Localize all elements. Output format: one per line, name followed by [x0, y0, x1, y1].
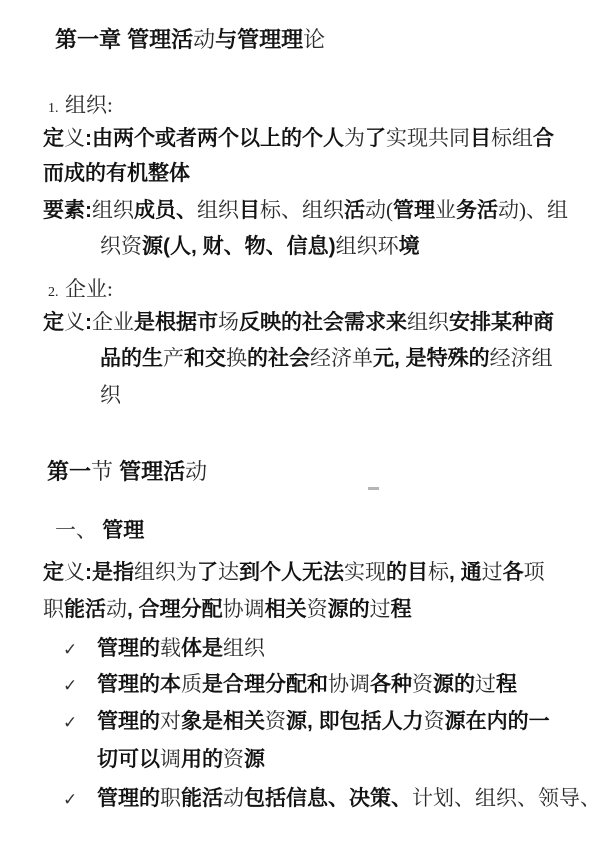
text-run: :由两个或者两个以上的个人 — [85, 127, 344, 150]
text-run: (人, 财、物、信息) — [163, 235, 336, 258]
bullet-management-functions: ✓管理的职能活动包括信息、决策、计划、组织、领导、 — [63, 785, 601, 813]
text-run: 安排某种商 — [449, 311, 554, 334]
text-run: 对 — [160, 709, 181, 733]
enterprise-definition-line-3: 织 — [100, 382, 121, 409]
text-run: 程 — [391, 598, 412, 621]
text-run: 源 — [142, 235, 163, 258]
text-run: 要素: — [43, 199, 92, 222]
text-run: 成员、 — [134, 199, 197, 222]
enterprise-definition-line-1: 定义:企业是根据市场反映的社会需求来组织安排某种商 — [43, 309, 554, 336]
text-run: 业 — [435, 198, 456, 222]
text-run: 织 — [100, 383, 121, 407]
text-run: 组织 — [407, 310, 449, 334]
text-run: 实现 — [344, 560, 386, 584]
management-definition-line-2: 职能活动, 合理分配协调相关资源的过程 — [43, 596, 412, 623]
text-run: 是根据市 — [134, 311, 218, 334]
text-run: 品的生 — [100, 347, 163, 370]
text-run: 资 — [265, 709, 286, 733]
list-number: 1. — [48, 96, 65, 122]
text-run: 组织为 — [134, 560, 197, 584]
text-run: 程 — [496, 673, 517, 696]
organization-definition-line-1: 定义:由两个或者两个以上的个人为了实现共同目标组合 — [43, 125, 554, 152]
text-run: 动 — [193, 27, 215, 52]
text-run: 和交 — [184, 347, 226, 370]
text-run: 目 — [470, 127, 491, 150]
text-run: )、组 — [519, 198, 568, 222]
text-run: : — [85, 311, 92, 334]
text-run: 元 — [373, 347, 394, 370]
text-run: 象是相关 — [181, 710, 265, 733]
document-page: 第一章 管理活动与管理理论1.组织:定义:由两个或者两个以上的个人为了实现共同目… — [0, 0, 613, 843]
text-run: 调 — [160, 747, 181, 771]
text-run: 协调 — [223, 597, 265, 621]
text-run: 组织环 — [336, 234, 399, 258]
text-run: 管理 — [102, 519, 144, 542]
text-run: 义 — [64, 310, 85, 334]
text-run: 的社会 — [247, 347, 310, 370]
text-run: 职 — [43, 597, 64, 621]
organization-elements-line-2: 织资源(人, 财、物、信息)组织环境 — [100, 233, 420, 260]
text-run: 动 — [106, 597, 127, 621]
text-run: 资 — [307, 597, 328, 621]
text-run: 能活 — [181, 787, 223, 810]
text-run: 与管理理 — [215, 27, 303, 52]
text-run: 经济单 — [310, 346, 373, 370]
text-run: :是指 — [85, 561, 134, 584]
text-run: 境 — [399, 235, 420, 258]
text-run: 第一 — [47, 459, 91, 484]
text-run: , 通 — [449, 561, 482, 584]
text-run: 合 — [533, 127, 554, 150]
text-run: 标组 — [491, 126, 533, 150]
text-run: 资 — [412, 672, 433, 696]
text-run: 管理的 — [97, 710, 160, 733]
item-2-enterprise: 2.企业: — [48, 276, 113, 306]
management-definition-line-1: 定义:是指组织为了达到个人无法实现的目标, 通过各项 — [43, 559, 545, 586]
text-run: 源 — [244, 748, 265, 771]
text-run: 节 — [91, 459, 113, 484]
chapter-heading: 第一章 管理活动与管理理论 — [55, 27, 325, 53]
text-run: 达 — [218, 560, 239, 584]
text-run: 各 — [503, 561, 524, 584]
text-run: 标 — [428, 560, 449, 584]
check-icon: ✓ — [63, 637, 97, 663]
text-run: 职 — [160, 786, 181, 810]
text-run: 第一章 管理活 — [55, 27, 193, 52]
text-run: 能活 — [64, 598, 106, 621]
text-run: 一、 — [55, 518, 102, 542]
text-run: 义 — [64, 560, 85, 584]
text-run: 实现共同 — [386, 126, 470, 150]
text-run: 体是 — [181, 637, 223, 660]
text-run: 定 — [43, 311, 64, 334]
text-run: 管理 — [393, 199, 435, 222]
text-run: 源, 即包括人力 — [286, 710, 424, 733]
text-run: 动 — [365, 198, 386, 222]
text-run: 相关 — [265, 598, 307, 621]
text-run: 动 — [223, 786, 244, 810]
item-one-management: 一、 管理 — [55, 517, 144, 544]
organization-definition-line-2: 而成的有机整体 — [43, 161, 190, 187]
text-run: 管理的 — [97, 787, 160, 810]
text-run: 经济组 — [490, 346, 553, 370]
text-run: , 是特殊的 — [394, 347, 490, 370]
bullet-management-essence: ✓管理的本质是合理分配和协调各种资源的过程 — [63, 671, 517, 699]
text-run: 管理活 — [113, 459, 185, 484]
text-run: 定 — [43, 127, 64, 150]
text-run: 定 — [43, 561, 64, 584]
text-run: 切可以 — [97, 748, 160, 771]
text-run: 为 — [344, 126, 365, 150]
text-run: 管理的 — [97, 637, 160, 660]
text-run: 的目 — [386, 561, 428, 584]
text-run: 源的 — [433, 673, 475, 696]
bullet-management-carrier: ✓管理的载体是组织 — [63, 635, 265, 663]
check-icon: ✓ — [63, 787, 97, 813]
text-run: 标、组织 — [260, 198, 344, 222]
text-run: 过 — [482, 560, 503, 584]
text-run: 企业: — [65, 277, 113, 301]
text-run: 产 — [163, 346, 184, 370]
text-run: 资 — [223, 747, 244, 771]
text-run: 资 — [424, 709, 445, 733]
text-run: 义 — [64, 126, 85, 150]
list-number: 2. — [48, 280, 65, 306]
organization-elements-line-1: 要素:组织成员、组织目标、组织活动(管理业务活动)、组 — [43, 197, 568, 224]
text-run: 场 — [218, 310, 239, 334]
text-run: 各种 — [370, 673, 412, 696]
check-icon: ✓ — [63, 673, 97, 699]
text-run: 源在内的一 — [445, 710, 550, 733]
text-run: 到个人无法 — [239, 561, 344, 584]
text-run: 组织 — [92, 198, 134, 222]
text-run: 源的 — [328, 598, 370, 621]
scan-artifact-dash — [368, 487, 379, 490]
text-run: 载 — [160, 636, 181, 660]
bullet-management-object-line-2: 切可以调用的资源 — [97, 746, 265, 773]
text-run: 计划、组织、领导、 — [412, 786, 601, 810]
text-run: , 合理分配 — [127, 598, 223, 621]
section-heading: 第一节 管理活动 — [47, 459, 207, 485]
text-run: ( — [386, 198, 393, 222]
text-run: 了 — [197, 561, 218, 584]
text-run: 务活 — [456, 199, 498, 222]
bullet-management-object-line-1: ✓管理的对象是相关资源, 即包括人力资源在内的一 — [63, 708, 550, 736]
text-run: 质 — [181, 672, 202, 696]
text-run: 反映的社会需求来 — [239, 311, 407, 334]
text-run: 动 — [498, 198, 519, 222]
text-run: 织资 — [100, 234, 142, 258]
text-run: 而成的有机整体 — [43, 162, 190, 185]
text-run: 论 — [303, 27, 325, 52]
text-run: 组织: — [65, 93, 113, 117]
text-run: 包括信息、决策、 — [244, 787, 412, 810]
text-run: 活 — [344, 199, 365, 222]
text-run: 组织 — [197, 198, 239, 222]
text-run: 企业 — [92, 310, 134, 334]
text-run: 协调 — [328, 672, 370, 696]
text-run: 过 — [370, 597, 391, 621]
text-run: 用的 — [181, 748, 223, 771]
text-run: 换 — [226, 346, 247, 370]
text-run: 动 — [185, 459, 207, 484]
text-run: 组织 — [223, 636, 265, 660]
text-run: 目 — [239, 199, 260, 222]
enterprise-definition-line-2: 品的生产和交换的社会经济单元, 是特殊的经济组 — [100, 345, 553, 372]
text-run: 了 — [365, 127, 386, 150]
text-run: 过 — [475, 672, 496, 696]
text-run: 管理的本 — [97, 673, 181, 696]
check-icon: ✓ — [63, 710, 97, 736]
text-run: 项 — [524, 560, 545, 584]
item-1-organization: 1.组织: — [48, 92, 113, 122]
text-run: 是合理分配和 — [202, 673, 328, 696]
